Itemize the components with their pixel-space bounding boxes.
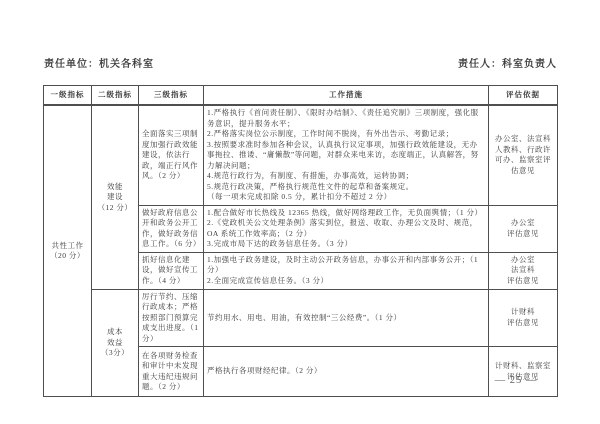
table-row: 成本 效益 （3分） 厉行节约、压缩行政成本；严格按照部门预算完成支出进度。（1…	[44, 289, 558, 347]
col-header-level1-indicator: 一级指标	[44, 86, 92, 106]
table-header-row: 一级指标 二级指标 三级指标 工作措施 评估依据	[44, 86, 558, 106]
responsible-unit-label: 责任单位：机关各科室	[44, 55, 154, 70]
document-page: 责任单位：机关各科室 责任人：科室负责人 一级指标 二级指标 三级指标 工作措施…	[0, 0, 600, 424]
document-header: 责任单位：机关各科室 责任人：科室负责人	[44, 55, 557, 70]
evaluation-basis-cell: 计财科 评估意见	[489, 289, 558, 347]
level3-indicator-cell: 厉行节约、压缩行政成本；严格按照部门预算完成支出进度。（1 分）	[139, 289, 204, 347]
col-header-level3-indicator: 三级指标	[139, 86, 204, 106]
level3-indicator-cell: 抓好信息化建设，做好宣传工作。（4 分）	[139, 252, 204, 289]
col-header-work-measures: 工作措施	[204, 86, 489, 106]
work-measures-cell: 1.配合做好市长热线及 12365 热线，做好网络理政工作，无负面舆情；（1 分…	[204, 205, 489, 252]
evaluation-basis-cell: 计财科、监察室 评估意见	[489, 347, 558, 397]
evaluation-basis-cell: 办公室 法宣科 评估意见	[489, 252, 558, 289]
performance-evaluation-table: 一级指标 二级指标 三级指标 工作措施 评估依据 共性工作 （20 分） 效能 …	[43, 85, 558, 397]
work-measures-cell: 节约用水、用电、用油，有效控制“三公经费”。（1 分）	[204, 289, 489, 347]
responsible-person-label: 责任人：科室负责人	[458, 55, 557, 70]
work-measures-cell: 1.严格执行《首问责任制》、《限时办结制》、《责任追究制》三项制度，强化服务意识…	[204, 105, 489, 205]
level2-indicator-cell-efficiency: 效能 建设 （12 分）	[92, 105, 139, 289]
evaluation-basis-cell: 办公室、法宣科人教科、行政许可办、监察室评估意见	[489, 105, 558, 205]
evaluation-basis-cell: 办公室 评估意见	[489, 205, 558, 252]
level3-indicator-cell: 做好政府信息公开和政务公开工作，做好政务信息工作。（6 分）	[139, 205, 204, 252]
page-number: — 25 —	[480, 375, 552, 386]
table-row: 共性工作 （20 分） 效能 建设 （12 分） 全面落实三项制度加强行政效能建…	[44, 105, 558, 205]
level3-indicator-cell: 全面落实三项制度加强行政效能建设，依法行政，端正行风作风。（2 分）	[139, 105, 204, 205]
level1-indicator-cell: 共性工作 （20 分）	[44, 105, 92, 397]
col-header-level2-indicator: 二级指标	[92, 86, 139, 106]
level3-indicator-cell: 在各项财务检查和审计中未发现重大违纪违规问题。（2 分）	[139, 347, 204, 397]
work-measures-cell: 严格执行各项财经纪律。（2 分）	[204, 347, 489, 397]
level2-indicator-cell-cost-benefit: 成本 效益 （3分）	[92, 289, 139, 397]
col-header-evaluation-basis: 评估依据	[489, 86, 558, 106]
work-measures-cell: 1.加强电子政务建设，及时主动公开政务信息，办事公开和内部事务公开；（1 分） …	[204, 252, 489, 289]
